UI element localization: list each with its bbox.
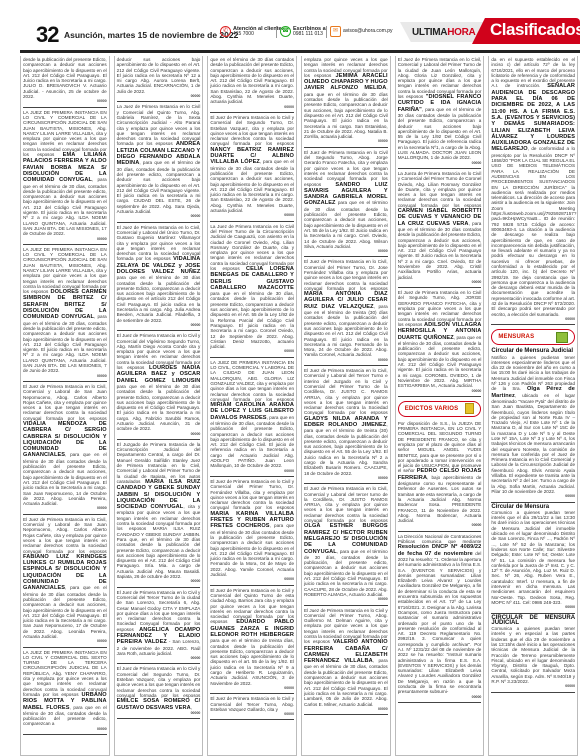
classified-ad: LA JUEZ DE PRIMERA INSTANCIA EN LO CIVIL… xyxy=(23,110,107,245)
ad-body-tail: del 2022 ha resuelto: "1. Ordenar la ape… xyxy=(398,551,482,695)
ad-body: La Juez de Primera Instancia en lo Civil… xyxy=(210,224,294,271)
ad-body: El Juez de Primera Instancia en lo Civil… xyxy=(23,517,107,554)
ad-code: 00000 xyxy=(23,237,107,242)
ad-body-tail: , de conformidad a lo prescripto por la … xyxy=(491,146,576,316)
ad-body-tail: , para que en el término de 30 días, con… xyxy=(304,549,388,597)
ad-body-tail: , para que en el término de 30 días, con… xyxy=(398,335,482,389)
classified-ad: El Juez de Primera Instancia en lo Civil… xyxy=(304,368,388,484)
ad-code: 00000 xyxy=(117,579,201,584)
ad-body-tail: , para que en el término de treinta (30)… xyxy=(304,422,388,476)
section-label: EDICTOS VARIOS xyxy=(405,406,459,412)
ad-body-tail: , para que en el término de 30 días, con… xyxy=(23,314,107,373)
section-header-mensuras: MENSURAS xyxy=(491,329,575,345)
ad-body-tail: , para que en el término de 30 días cont… xyxy=(398,107,482,161)
customer-service-contact: ✆ Atención al cliente:415 7000 xyxy=(220,26,283,38)
ad-body: El Juez de Primera Instancia en lo Civil… xyxy=(210,479,294,510)
classified-ad: El Juez de Primera Instancia en lo Civil… xyxy=(117,666,201,719)
ad-heading: CIRCULAR DE MENSURA JUDICIAL xyxy=(491,616,575,627)
ad-body-tail: para que en el término de 30 días contad… xyxy=(117,275,201,322)
ad-body-tail: , para que en el término de treinta (30)… xyxy=(304,304,388,358)
ad-body-tail: , bajo apercibimiento de designarse como… xyxy=(398,475,482,523)
classified-ad: La Juez de Primera Instancia en lo Civil… xyxy=(210,224,294,358)
ad-code: 00000 xyxy=(117,711,201,716)
ad-body-tail: , para que en el término de 30 días, con… xyxy=(304,658,388,706)
column-1: desde la publicación del presente Edicto… xyxy=(20,56,110,756)
divider xyxy=(326,26,327,38)
ad-body: El Juez de Primera Instancia en lo Civil… xyxy=(210,115,294,146)
ad-body: deducir sus acciones bajo apercibimiento… xyxy=(117,57,201,94)
classifieds-columns: desde la publicación del presente Edicto… xyxy=(20,56,578,756)
ad-body-tail: , para que en el término de 30 días, con… xyxy=(210,415,294,469)
mail-icon: ✉ xyxy=(330,26,341,37)
ad-code: 00000 xyxy=(491,605,575,610)
classified-ad: El Juez de Primera Instancia en lo Civil… xyxy=(304,608,388,716)
contact-value: 0981 111 013 xyxy=(293,31,323,37)
column-4: emplaza por quince veces a los que tenga… xyxy=(301,56,391,756)
ad-body: La Jueza de Primera Instancia en lo Civi… xyxy=(398,171,482,208)
ad-body: Comunico a quienes puedan tener interés … xyxy=(491,510,575,605)
whatsapp-contact: ☎ Escribinos al0981 111 013 xyxy=(280,26,327,38)
map-icon xyxy=(556,332,568,343)
header-rule xyxy=(20,50,580,53)
ad-code: 00000 xyxy=(304,249,388,254)
page-header: 32 Asunción, martes 15 de noviembre de 2… xyxy=(0,0,580,48)
classified-ad: El Juez de Primera Instancia en lo Civil… xyxy=(23,517,107,648)
classified-ad: El Juez de Primera Instancia en lo Civil… xyxy=(117,333,201,440)
section-header-edictos-varios: EDICTOS VARIOS xyxy=(398,401,482,417)
classified-ad: El Juez de Primera Instancia en lo Civil… xyxy=(304,486,388,605)
classified-ad: El Juez de Primera Instancia en lo Civil… xyxy=(117,225,201,332)
brand-logo: ULTIMAHORA xyxy=(412,27,475,38)
ad-code: 00000 xyxy=(491,317,575,322)
classified-ad: LA JUEZ DE PRIMERA INSTANCIA EN LO CIVIL… xyxy=(210,360,294,477)
ad-code: 00000 xyxy=(210,349,294,354)
ad-code: 00000 xyxy=(210,469,294,474)
ad-parties: Resolución DNCP Nº 4089/22 de fecha 07 d… xyxy=(398,544,482,556)
ad-body: El Juez de Primera Instancia en lo Civil… xyxy=(117,666,201,697)
classified-ad: La Jueza de Primera Instancia en lo Civi… xyxy=(398,171,482,288)
classified-ad: LA JUEZ DE PRIMERA INSTANCIA EN LO CIVIL… xyxy=(23,247,107,382)
ad-body: El Juez de Primera Instancia en lo Civil… xyxy=(304,486,388,523)
ad-body-tail: , para que en el término de 30 días cont… xyxy=(304,85,388,139)
ad-body: El Juez de Primera Instancia en lo Civil… xyxy=(398,57,482,99)
divider xyxy=(276,26,277,38)
classified-ad: El Juez de Primera Instancia en lo Civil… xyxy=(304,150,388,258)
ad-code: 00000 xyxy=(210,213,294,218)
ad-code: 00000 xyxy=(23,506,107,511)
classified-ad: Por disposición de S.S., la JUEZA DE PRI… xyxy=(398,421,482,532)
section-title: Clasificados xyxy=(490,20,580,40)
column-2: deducir sus acciones bajo apercibimiento… xyxy=(114,56,204,756)
ad-code: 00000 xyxy=(398,695,482,700)
ad-body: LA JUEZ DE PRIMERA INSTANCIA EN LO CIVIL… xyxy=(210,360,294,402)
ad-code: 00000 xyxy=(304,707,388,712)
ad-code: 00000 xyxy=(210,712,294,717)
ad-body-tail: , ubicado en el lugar denominado "Yacare… xyxy=(491,393,575,494)
ad-code: 00000 xyxy=(304,476,388,481)
classified-ad: El Juzgado de Primera Instancia de la Ci… xyxy=(117,442,201,588)
ad-code: 00000 xyxy=(398,523,482,528)
classified-ad: La Juez de Primera Instancia en lo Civil… xyxy=(117,104,201,222)
column-5: El Juez de Primera Instancia en lo Civil… xyxy=(395,56,485,756)
ad-body: LA JUEZ DE PRIMERA INSTANCIA EN LO CIVIL… xyxy=(23,650,107,697)
classified-ad: El Juez de Primera Instancia en lo Civil… xyxy=(117,590,201,665)
ad-code: 00000 xyxy=(210,577,294,582)
ad-parties: SEÑALAR AUDIENCIA DE DESCARGO PARA EL DÍ… xyxy=(491,83,575,152)
ad-code: 00000 xyxy=(117,94,201,99)
ad-code: 00000 xyxy=(304,139,388,144)
ad-code: 00000 xyxy=(117,656,201,661)
ad-body: El Juez de Primera Instancia en lo Civil… xyxy=(304,368,388,415)
contact-value: 415 7000 xyxy=(233,31,254,37)
ad-code: 00000 xyxy=(398,389,482,394)
ad-body-tail: , para que en el término de 30 días cont… xyxy=(210,523,294,577)
ad-body-tail: , xyxy=(191,705,192,710)
ad-body-tail: , para que en el término de 30 días cont… xyxy=(398,221,482,280)
page-number: 32 xyxy=(36,22,58,48)
classified-ad: Circular de Mensura JudicialNotifico a q… xyxy=(491,349,575,502)
ad-body-tail: para que en el término de 30 días contad… xyxy=(304,200,388,248)
ad-code: 00000 xyxy=(117,214,201,219)
ad-body: El Juez de Primera Instancia en lo Civil… xyxy=(210,696,294,712)
classified-ad: desde la publicación del presente Edicto… xyxy=(23,57,107,108)
ad-body: Por disposición de S.S., la JUEZA DE PRI… xyxy=(398,421,482,474)
ad-code: 00000 xyxy=(117,432,201,437)
ad-body: Comunica a quienes puedan tener interés … xyxy=(491,626,575,684)
ad-code: 00000 xyxy=(398,280,482,285)
ad-body: El Juzgado de Primera Instancia de la Ci… xyxy=(117,442,201,484)
ad-body-tail: , para que en el término de 30 días cont… xyxy=(210,159,294,213)
classified-ad: El Juez de Primera Instancia en lo Civil… xyxy=(210,479,294,586)
ad-code: 00000 xyxy=(23,639,107,644)
ad-code: 00000 xyxy=(304,358,388,363)
column-3: que en el término de 30 días contados de… xyxy=(207,56,297,756)
classified-ad: El Juez de Primera Instancia en lo Civil… xyxy=(398,57,482,169)
column-6: da en el supuesto establecido en el inci… xyxy=(488,56,578,756)
classified-ad: emplaza por quince veces a los que tenga… xyxy=(304,57,388,148)
ad-parties: EMILCE SOSA ROMERO C/ GUSTAVO DESVARS VE… xyxy=(117,698,201,710)
ad-parties: GLADYS NILDA ARANDA Y EDBER ROLANDO JIME… xyxy=(304,416,388,428)
classified-ad: El Juez de Primera Instancia en lo Civil… xyxy=(210,588,294,695)
ad-code: 00000 xyxy=(210,686,294,691)
ad-code: 00000 xyxy=(23,374,107,379)
ad-body: desde la publicación del presente Edicto… xyxy=(23,57,107,99)
whatsapp-icon: ☎ xyxy=(280,26,291,37)
classified-ad: Circular de MensuraComunico a quienes pu… xyxy=(491,505,575,614)
ad-body-tail: , para que en el término de 30 días cont… xyxy=(23,452,107,506)
ad-body-tail: para que en el término de 30 días contad… xyxy=(117,384,201,431)
ad-body: LA JUEZ DE PRIMERA INSTANCIA EN LO CIVIL… xyxy=(23,247,107,294)
ad-code: 00000 xyxy=(491,494,575,499)
contact-value: avisos@uhora.com.py xyxy=(343,29,393,35)
ad-body-tail: , para que en el término de 30 días, con… xyxy=(23,177,107,236)
ad-body-tail: , para que en el término de 30 días, con… xyxy=(117,160,201,214)
ad-body-tail: para que en el término de treinta días, … xyxy=(210,638,294,685)
ad-body-tail: para que en el término de 30 días, conta… xyxy=(210,291,294,349)
ad-body: El Juez de Primera Instancia en lo Civil… xyxy=(304,259,388,290)
ad-body-tail: , para que en el término de 30 días cont… xyxy=(23,585,107,639)
classified-ad: El Juez de Primera Instancia en lo Civil… xyxy=(398,290,482,397)
email-contact: ✉ avisos@uhora.com.py xyxy=(330,26,393,37)
ad-body: La Juez de Primera Instancia en lo Civil… xyxy=(117,104,201,146)
classified-ad: que en el término de 30 días contados de… xyxy=(210,57,294,113)
classified-ad: da en el supuesto establecido en el inci… xyxy=(491,57,575,325)
ad-code: 00000 xyxy=(304,597,388,602)
ad-body-tail: , cita y emplaza por quince veces a los … xyxy=(117,504,201,579)
document-icon xyxy=(465,403,474,414)
section-label: MENSURAS xyxy=(498,334,534,340)
classified-ad: LA JUEZ DE PRIMERA INSTANCIA EN LO CIVIL… xyxy=(23,650,107,735)
dateline: Asunción, martes 15 de noviembre de 2022 xyxy=(64,30,238,40)
classified-ad: El Juez de Primera Instancia en lo Civil… xyxy=(304,259,388,366)
ad-body: El Juez de Primera Instancia en lo Civil… xyxy=(23,384,107,421)
ad-body: El Juez de Primera Instancia en lo Civil… xyxy=(117,590,201,632)
ad-body: que en el término de 30 días contados de… xyxy=(210,57,294,104)
classified-ad: El Juez de Primera Instancia en lo Civil… xyxy=(210,696,294,720)
ad-body: LA JUEZ DE PRIMERA INSTANCIA EN LO CIVIL… xyxy=(23,110,107,157)
ad-code: 00000 xyxy=(23,727,107,732)
ad-code: 00000 xyxy=(398,161,482,166)
classified-ad: El Juez de Primera Instancia en lo Civil… xyxy=(23,384,107,515)
ad-body: La Dirección Nacional de Contrataciones … xyxy=(398,534,482,544)
classified-ad: El Juez de Primera Instancia en lo Civil… xyxy=(210,115,294,222)
ad-code: 00000 xyxy=(491,684,575,689)
classified-ad: La Dirección Nacional de Contrataciones … xyxy=(398,534,482,703)
ad-code: 00000 xyxy=(117,323,201,328)
ad-code: 00000 xyxy=(23,99,107,104)
phone-icon: ✆ xyxy=(220,26,231,37)
ad-code: 00000 xyxy=(210,105,294,110)
classified-ad: deducir sus acciones bajo apercibimiento… xyxy=(117,57,201,102)
classified-ad: CIRCULAR DE MENSURA JUDICIALComunica a q… xyxy=(491,616,575,693)
